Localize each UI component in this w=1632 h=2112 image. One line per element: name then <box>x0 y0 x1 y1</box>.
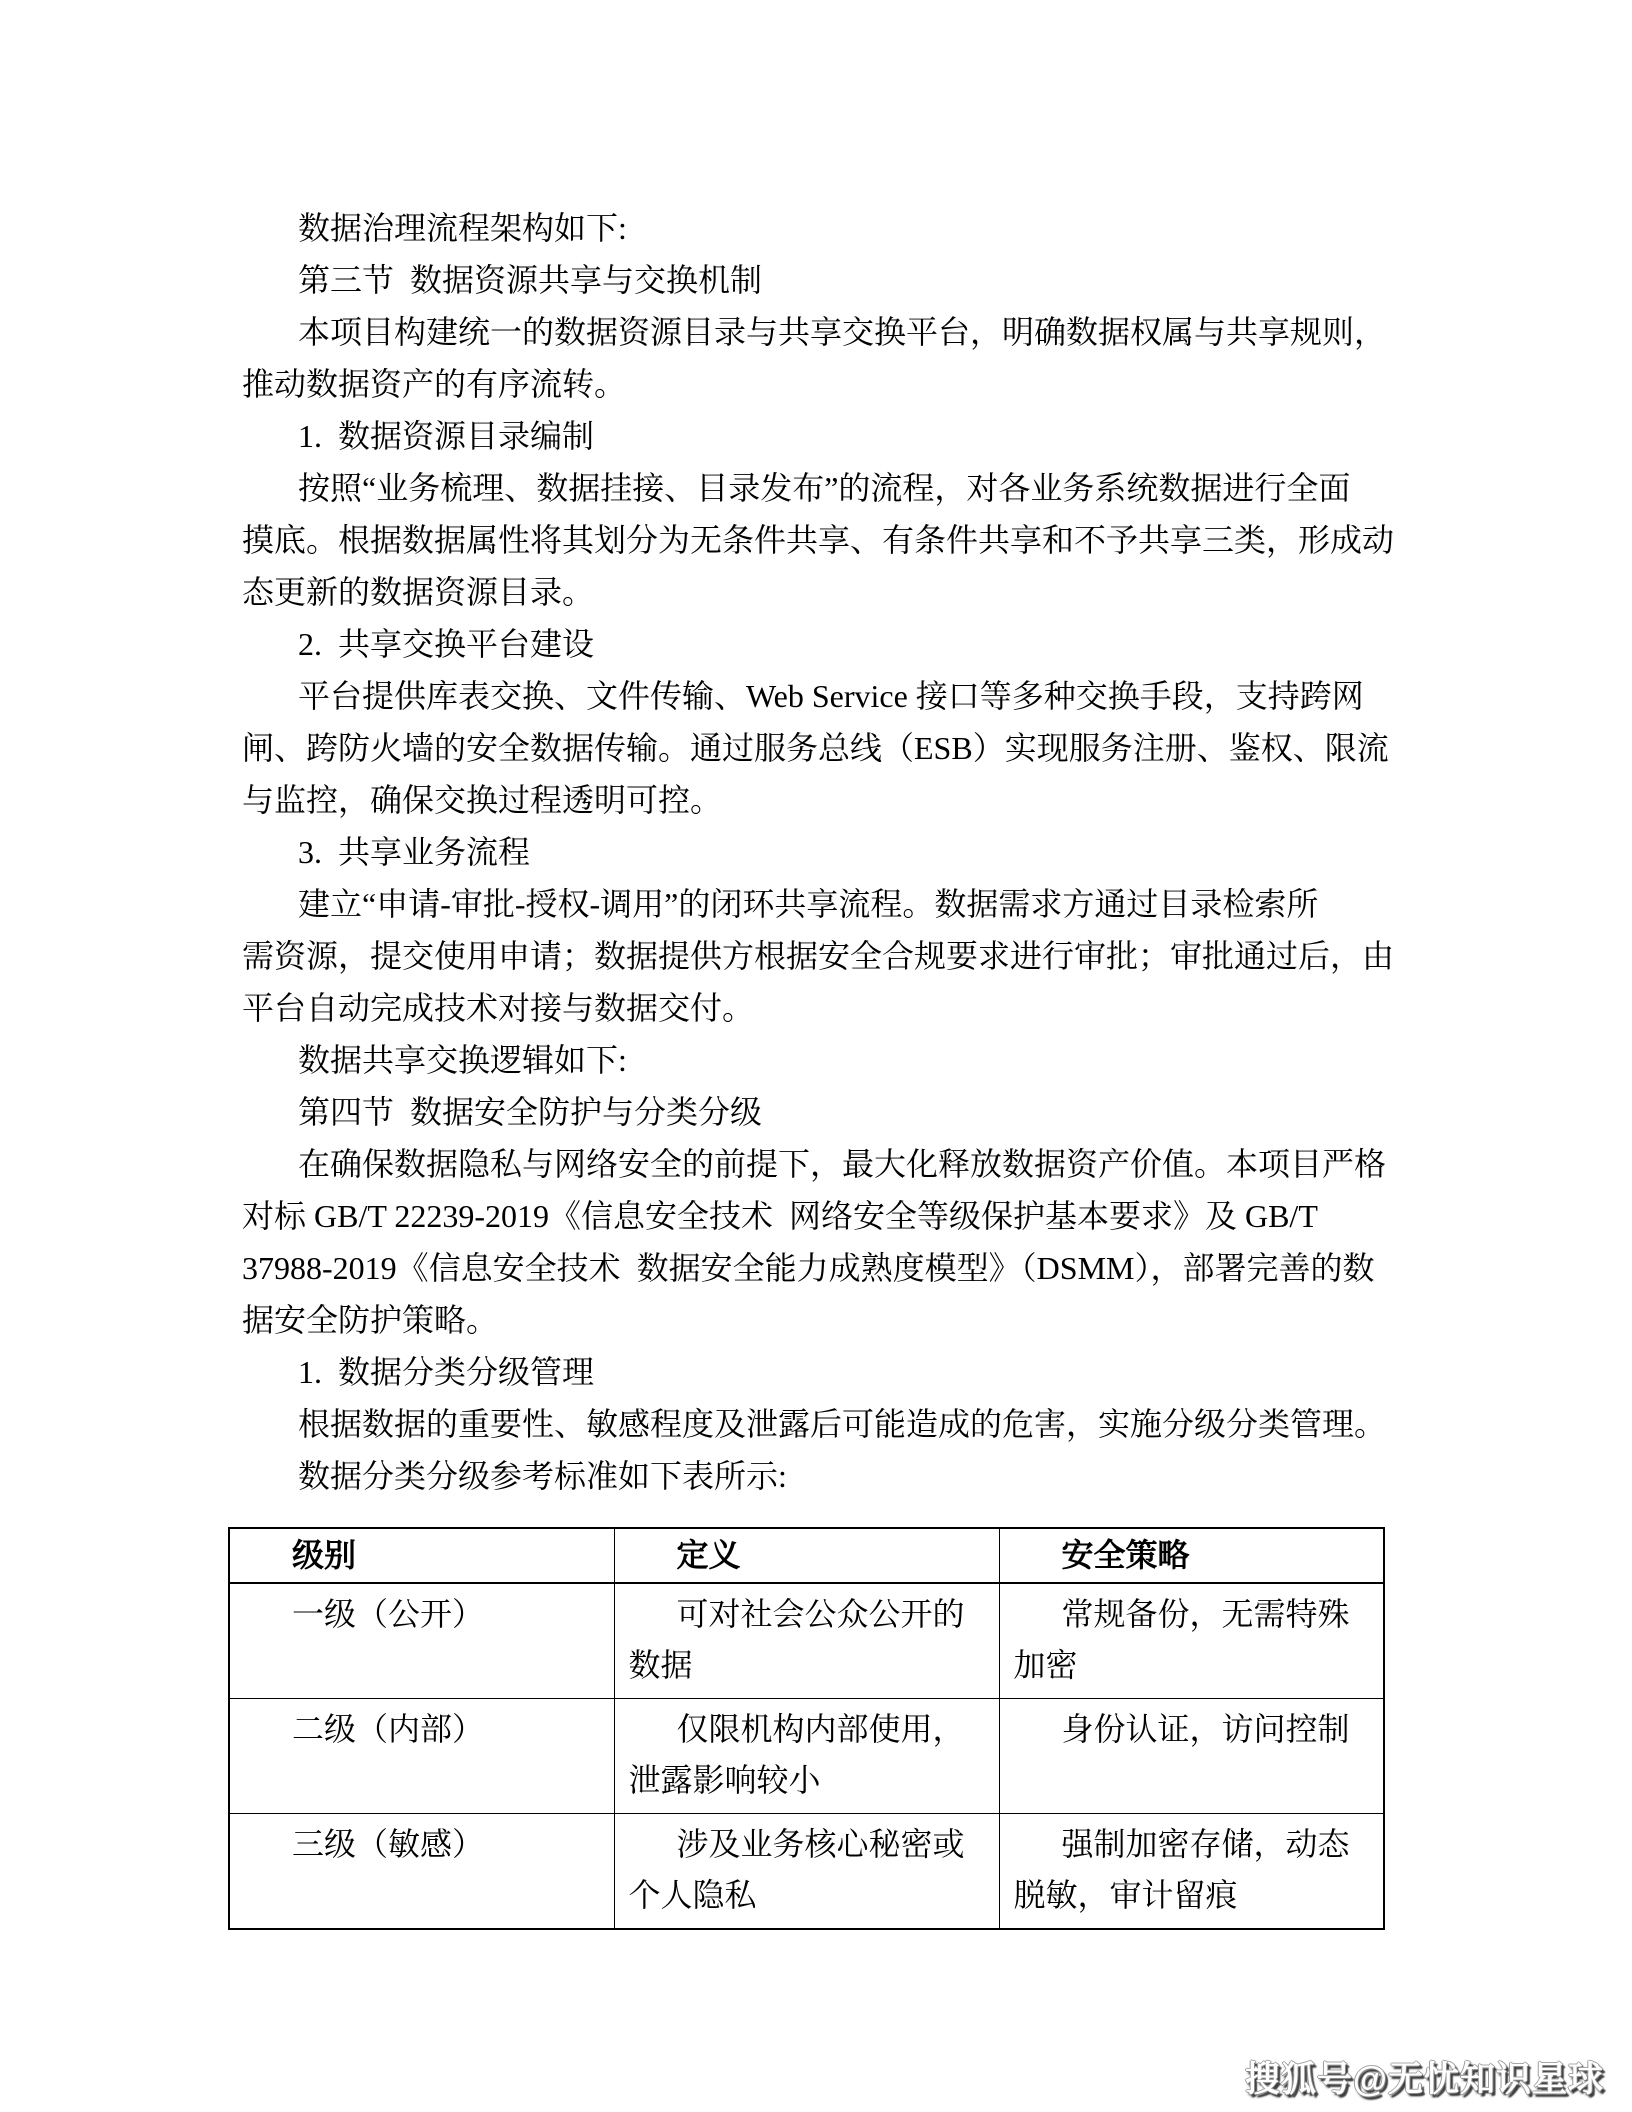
table-cell-r1-c2: 可对社会公众公开的数据 <box>614 1583 999 1699</box>
table-cell-line: 数据 <box>629 1640 991 1691</box>
table-cell-r2-c2: 仅限机构内部使用，泄露影响较小 <box>614 1699 999 1814</box>
table-row-2: 二级（内部）仅限机构内部使用，泄露影响较小身份认证，访问控制 <box>229 1699 1384 1814</box>
text-line-19: 在确保数据隐私与网络安全的前提下，最大化释放数据资产价值。本项目严格 <box>242 1138 1392 1190</box>
table-cell-line: 强制加密存储，动态 <box>1014 1819 1376 1870</box>
classification-table-wrap: 级别定义安全策略 一级（公开）可对社会公众公开的数据常规备份，无需特殊加密二级（… <box>228 1527 1385 1930</box>
table-cell-line: 泄露影响较小 <box>629 1755 991 1806</box>
table-cell-line: 个人隐私 <box>629 1870 991 1921</box>
text-line-20: 对标 GB/T 22239-2019《信息安全技术 网络安全等级保护基本要求》及… <box>242 1190 1392 1242</box>
document-lines: 数据治理流程架构如下:第三节 数据资源共享与交换机制本项目构建统一的数据资源目录… <box>242 202 1392 1502</box>
table-cell-line: 三级（敏感） <box>244 1819 606 1870</box>
table-cell-r3-c2: 涉及业务核心秘密或个人隐私 <box>614 1814 999 1930</box>
table-cell-r3-c3: 强制加密存储，动态脱敏，审计留痕 <box>999 1814 1384 1930</box>
table-cell-line: 涉及业务核心秘密或 <box>629 1819 991 1870</box>
table-cell-r1-c3: 常规备份，无需特殊加密 <box>999 1583 1384 1699</box>
text-line-6: 按照“业务梳理、数据挂接、目录发布”的流程，对各业务系统数据进行全面 <box>242 462 1392 514</box>
table-cell-line: 身份认证，访问控制 <box>1014 1704 1376 1755</box>
text-line-24: 根据数据的重要性、敏感程度及泄露后可能造成的危害，实施分级分类管理。 <box>242 1398 1392 1450</box>
table-cell-r1-c1: 一级（公开） <box>229 1583 614 1699</box>
table-cell-line: 常规备份，无需特殊 <box>1014 1589 1376 1640</box>
text-line-23: 1. 数据分类分级管理 <box>242 1346 1392 1398</box>
text-line-2: 第三节 数据资源共享与交换机制 <box>242 254 1392 306</box>
classification-table: 级别定义安全策略 一级（公开）可对社会公众公开的数据常规备份，无需特殊加密二级（… <box>228 1527 1385 1930</box>
document-page: 数据治理流程架构如下:第三节 数据资源共享与交换机制本项目构建统一的数据资源目录… <box>0 0 1632 2112</box>
text-line-18: 第四节 数据安全防护与分类分级 <box>242 1086 1392 1138</box>
table-header-cell-3: 安全策略 <box>999 1528 1384 1583</box>
table-cell-line: 仅限机构内部使用， <box>629 1704 991 1755</box>
text-line-15: 需资源，提交使用申请；数据提供方根据安全合规要求进行审批；审批通过后，由 <box>242 930 1392 982</box>
text-line-8: 态更新的数据资源目录。 <box>242 566 1392 618</box>
table-body: 一级（公开）可对社会公众公开的数据常规备份，无需特殊加密二级（内部）仅限机构内部… <box>229 1583 1384 1929</box>
text-line-7: 摸底。根据数据属性将其划分为无条件共享、有条件共享和不予共享三类，形成动 <box>242 514 1392 566</box>
text-line-13: 3. 共享业务流程 <box>242 826 1392 878</box>
text-line-16: 平台自动完成技术对接与数据交付。 <box>242 982 1392 1034</box>
text-line-12: 与监控，确保交换过程透明可控。 <box>242 774 1392 826</box>
text-line-10: 平台提供库表交换、文件传输、Web Service 接口等多种交换手段，支持跨网 <box>242 670 1392 722</box>
table-cell-line: 可对社会公众公开的 <box>629 1589 991 1640</box>
text-line-5: 1. 数据资源目录编制 <box>242 410 1392 462</box>
watermark-text: 搜狐号@无忧知识星球 <box>1245 2052 1604 2102</box>
table-row-1: 一级（公开）可对社会公众公开的数据常规备份，无需特殊加密 <box>229 1583 1384 1699</box>
table-cell-r2-c3: 身份认证，访问控制 <box>999 1699 1384 1814</box>
table-cell-line: 二级（内部） <box>244 1704 606 1755</box>
text-line-4: 推动数据资产的有序流转。 <box>242 358 1392 410</box>
text-line-17: 数据共享交换逻辑如下: <box>242 1034 1392 1086</box>
table-cell-line: 脱敏，审计留痕 <box>1014 1870 1376 1921</box>
text-line-14: 建立“申请-审批-授权-调用”的闭环共享流程。数据需求方通过目录检索所 <box>242 878 1392 930</box>
text-line-3: 本项目构建统一的数据资源目录与共享交换平台，明确数据权属与共享规则， <box>242 306 1392 358</box>
text-line-25: 数据分类分级参考标准如下表所示: <box>242 1450 1392 1502</box>
table-row-3: 三级（敏感）涉及业务核心秘密或个人隐私强制加密存储，动态脱敏，审计留痕 <box>229 1814 1384 1930</box>
table-cell-r3-c1: 三级（敏感） <box>229 1814 614 1930</box>
table-header-cell-1: 级别 <box>229 1528 614 1583</box>
text-line-1: 数据治理流程架构如下: <box>242 202 1392 254</box>
text-line-21: 37988-2019《信息安全技术 数据安全能力成熟度模型》（DSMM），部署完… <box>242 1242 1392 1294</box>
text-line-9: 2. 共享交换平台建设 <box>242 618 1392 670</box>
table-header-row: 级别定义安全策略 <box>229 1528 1384 1583</box>
table-header-cell-2: 定义 <box>614 1528 999 1583</box>
text-line-11: 闸、跨防火墙的安全数据传输。通过服务总线（ESB）实现服务注册、鉴权、限流 <box>242 722 1392 774</box>
table-cell-r2-c1: 二级（内部） <box>229 1699 614 1814</box>
text-line-22: 据安全防护策略。 <box>242 1294 1392 1346</box>
table-cell-line: 加密 <box>1014 1640 1376 1691</box>
table-cell-line: 一级（公开） <box>244 1589 606 1640</box>
